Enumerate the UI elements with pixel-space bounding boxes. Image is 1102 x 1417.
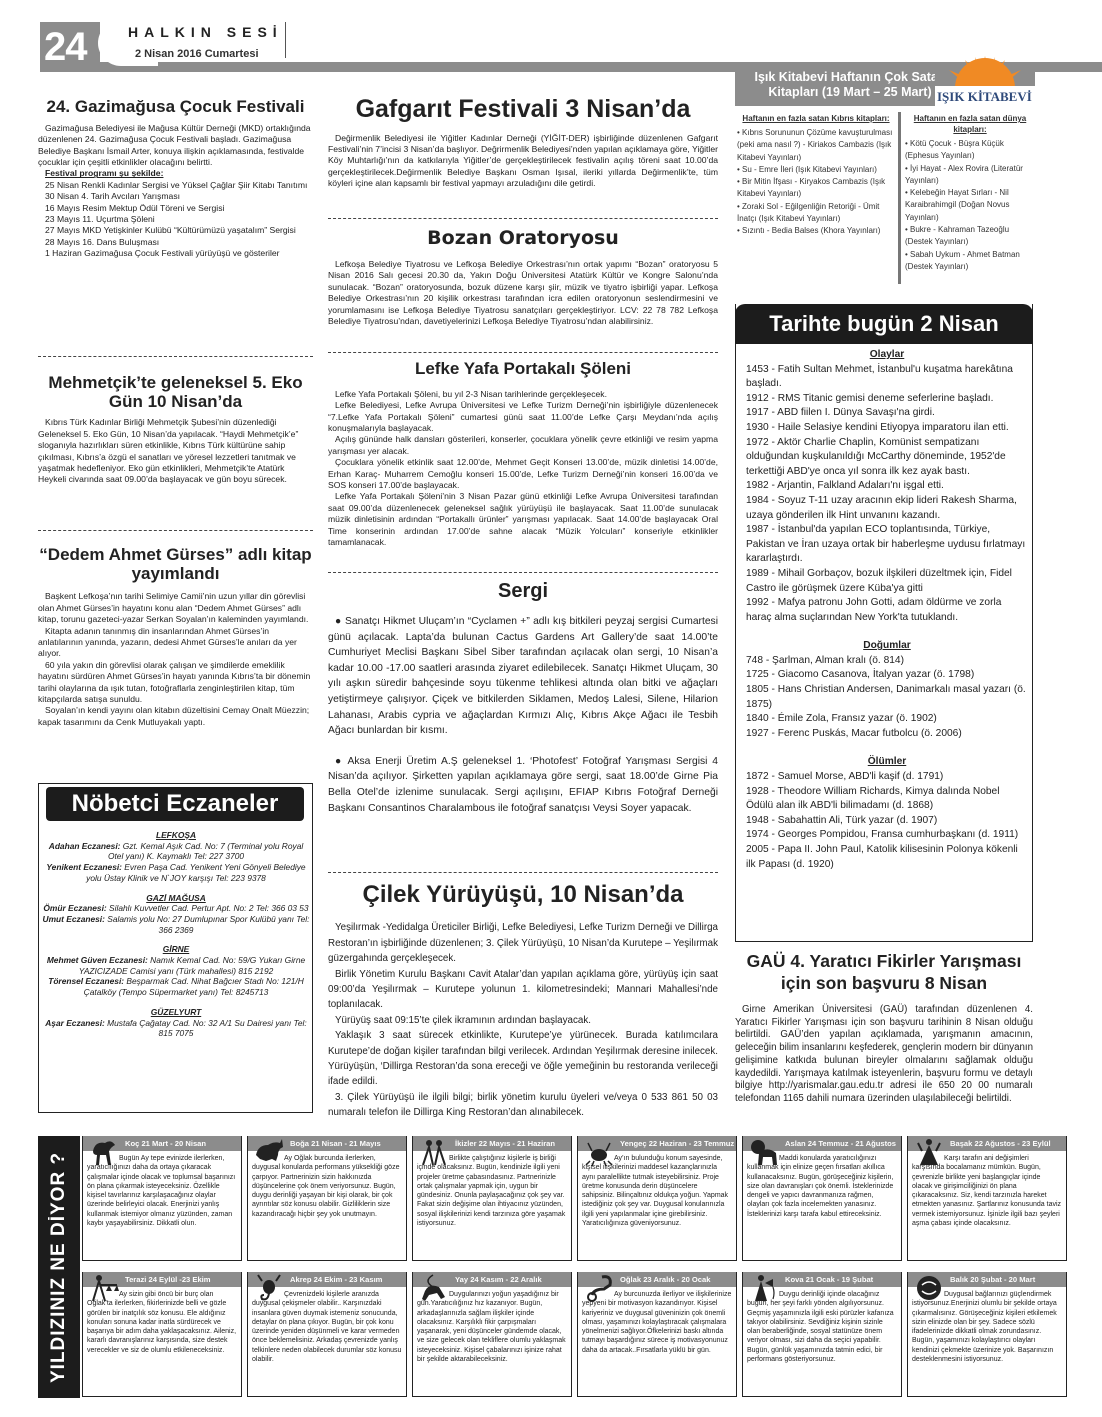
bull-icon <box>254 1137 284 1167</box>
article-paragraph: ● Aksa Enerji Üretim A.Ş geleneksel 1. ‘… <box>328 754 718 816</box>
fish-icon <box>914 1273 944 1303</box>
water-bearer-icon <box>749 1273 779 1303</box>
article-paragraph: Çocuklara yönelik etkinlik saat 12.00’de… <box>328 457 718 491</box>
death-item: 1948 - Sabahattin Ali, Türk yazar (d. 19… <box>746 814 1028 829</box>
pharmacy-city: LEFKOŞA <box>42 830 310 841</box>
book-item: • Kıbrıs Sorununun Çözüme kavuşturulması… <box>737 127 895 164</box>
pharmacy-city: GÜZELYURT <box>42 1007 310 1018</box>
article-paragraph: Lefke Belediyesi, Lefke Avrupa Üniversit… <box>328 400 718 434</box>
article-body: Lefke Yafa Portakalı Şöleni, bu yıl 2-3 … <box>328 389 718 549</box>
bestsellers-kibris: Haftanın en fazla satan Kıbrıs kitapları… <box>737 113 895 238</box>
article-body: Lefkoşa Belediye Tiyatrosu ve Lefkoşa Be… <box>328 259 718 327</box>
article-paragraph: Açılış gününde halk dansları gösterileri… <box>328 434 718 457</box>
horoscope-card-ikizler: İkizler 22 Mayıs - 21 Haziran Birlikte ç… <box>412 1136 572 1261</box>
death-item: 1872 - Samuel Morse, ABD'li kaşif (d. 17… <box>746 770 1028 785</box>
divider <box>328 572 718 573</box>
article-paragraph: Kitapta adanın tanınmış din insanlarında… <box>38 626 313 660</box>
article-title: Lefke Yafa Portakalı Şöleni <box>328 360 718 379</box>
program-item: 1 Haziran Gazimağusa Çocuk Festivali yür… <box>38 248 313 259</box>
article-intro: Gazimağusa Belediyesi ile Mağusa Kültür … <box>38 123 313 169</box>
bestsellers-dunya: Haftanın en fazla satan dünya kitapları:… <box>905 113 1035 273</box>
article-title: 24. Gazimağusa Çocuk Festivali <box>38 98 313 117</box>
section-label: Olaylar <box>746 348 1028 363</box>
scorpion-icon <box>254 1273 284 1303</box>
ram-icon <box>89 1137 119 1167</box>
article-paragraph: 60 yıla yakın din görevlisi olarak çalış… <box>38 660 313 706</box>
pharmacy-city: GİRNE <box>42 944 310 955</box>
book-item: • Sabah Uykum - Ahmet Batman (Destek Yay… <box>905 249 1035 274</box>
horoscope-section-title: YILDIZINIZ NE DİYOR ? <box>38 1136 80 1398</box>
book-item: • Bukre - Kahraman Tazeoğlu (Destek Yayı… <box>905 224 1035 249</box>
horoscope-card-boga: Boğa 21 Nisan - 21 Mayıs Ay Oğlak burcun… <box>247 1136 407 1261</box>
event-item: 1912 - RMS Titanic gemisi deneme seferle… <box>746 392 1028 407</box>
horoscope-card-kova: Kova 21 Ocak - 19 Şubat Duygu derinliği … <box>742 1272 902 1397</box>
horoscope-card-terazi: Terazi 24 Eylül -23 Ekim Ay sizin gibi ö… <box>82 1272 242 1397</box>
pharmacy-entry: Ömür Eczanesi: Silahlı Kuvvetler Cad. Pe… <box>42 903 310 914</box>
death-item: 2005 - Papa II. John Paul, Katolik kilis… <box>746 843 1028 872</box>
horoscope-card-yengec: Yengeç 22 Haziran - 23 Temmuz Ay’ın bulu… <box>577 1136 737 1261</box>
pharmacy-list: LEFKOŞA Adahan Eczanesi: Gzt. Kemal Aşık… <box>42 825 310 1039</box>
event-item: 1972 - Aktör Charlie Chaplin, Komünist s… <box>746 436 1028 480</box>
horoscope-card-yay: Yay 24 Kasım - 22 Aralık Duygularınızı y… <box>412 1272 572 1397</box>
twins-icon <box>419 1137 449 1167</box>
page-number: 24 <box>40 22 100 72</box>
article-paragraph: Yaklaşık 3 saat sürecek etkinlikte, Kuru… <box>328 1028 718 1090</box>
book-item: • Sızıntı - Bedia Balses (Khora Yayınlar… <box>737 225 895 237</box>
pharmacy-entry: Umut Eczanesi: Salamis yolu No: 27 Dumlu… <box>42 914 310 935</box>
pharmacy-title: Nöbetci Eczaneler <box>46 787 304 821</box>
article-bozan: Bozan Oratoryosu Lefkoşa Belediye Tiyatr… <box>328 228 718 327</box>
pharmacy-entry: Adahan Eczanesi: Gzt. Kemal Aşık Cad. No… <box>42 841 310 862</box>
article-paragraph: Lefke Yafa Portakalı Şöleni’nin 3 Nisan … <box>328 491 718 548</box>
bestsellers-heading: Haftanın en fazla satan Kıbrıs kitapları… <box>737 113 895 124</box>
pharmacy-entry: Aşar Eczanesi: Mustafa Çağatay Cad. No: … <box>42 1018 310 1039</box>
event-item: 1984 - Soyuz T-11 uzay aracının ekip lid… <box>746 494 1028 523</box>
paper-name: HALKIN SESİ <box>128 24 283 40</box>
issue-date: 2 Nisan 2016 Cumartesi <box>135 48 259 60</box>
goat-icon <box>584 1273 614 1303</box>
pharmacy-name: Aşar Eczanesi: <box>45 1018 105 1028</box>
article-title: Gafgarıt Festivali 3 Nisan’da <box>328 96 718 124</box>
article-sergi: Sergi ● Sanatçı Hikmet Uluçam’ın “Cyclam… <box>328 580 718 816</box>
article-body: Girne Amerikan Üniversitesi (GAÜ) tarafı… <box>735 1004 1033 1106</box>
article-body: ● Sanatçı Hikmet Uluçam’ın “Cyclamen +” … <box>328 614 718 816</box>
event-item: 1989 - Mihail Gorbaçov, bozuk ilşkileri … <box>746 567 1028 596</box>
article-eko-gun: Mehmetçik’te geleneksel 5. Eko Gün 10 Ni… <box>38 374 313 486</box>
book-item: • Kötü Çocuk - Büşra Küçük (Ephesus Yayı… <box>905 138 1035 163</box>
horoscope-card-basak: Başak 22 Ağustos - 23 Eylül Karşı tarafı… <box>907 1136 1067 1261</box>
pharmacy-detail: Silahlı Kuvvetler Cad. Pertur Apt. No: 2… <box>109 903 309 913</box>
program-label: Festival programı şu şekilde: <box>38 168 313 179</box>
article-cilek: Çilek Yürüyüşü, 10 Nisan’da Yeşilırmak -… <box>328 882 718 1121</box>
horoscope-card-oglak: Oğlak 23 Aralık - 20 Ocak Ay burcunuzda … <box>577 1272 737 1397</box>
pharmacy-name: Yenikent Eczanesi: <box>46 862 122 872</box>
pharmacy-entry: Yenikent Eczanesi: Evren Paşa Cad. Yenik… <box>42 862 310 883</box>
header-separator <box>285 22 286 58</box>
book-item: • Zoraki Sol - Eğilgenliğin Retoriği - Ü… <box>737 201 895 226</box>
article-cocuk-festivali: 24. Gazimağusa Çocuk Festivali Gazimağus… <box>38 98 313 260</box>
horoscope-card-koc: Koç 21 Mart - 20 Nisan Bugün Ay tepe evi… <box>82 1136 242 1261</box>
article-title: Bozan Oratoryosu <box>328 228 718 249</box>
book-item: • İyi Hayat - Alex Rovira (Literatür Yay… <box>905 163 1035 188</box>
article-paragraph: Yeşilırmak -Yedidalga Üreticiler Birliği… <box>328 920 718 966</box>
article-paragraph: Değirmenlik Belediyesi ile Yiğitler Kadı… <box>328 133 718 190</box>
article-paragraph: Soyalan’ın kendi yayını olan kitabın düz… <box>38 705 313 728</box>
event-item: 1982 - Arjantin, Falkland Adaları'nı işg… <box>746 479 1028 494</box>
event-item: 1992 - Mafya patronu John Gotti, adam öl… <box>746 596 1028 625</box>
birth-item: 1840 - Émile Zola, Fransız yazar (ö. 190… <box>746 712 1028 727</box>
lion-icon <box>749 1137 779 1167</box>
article-paragraph: 3. Çilek Yürüyüşü ile ilgili bilgi; birl… <box>328 1090 718 1121</box>
article-body: Değirmenlik Belediyesi ile Yiğitler Kadı… <box>328 133 718 190</box>
article-dedem-ahmet: “Dedem Ahmet Gürses” adlı kitap yayımlan… <box>38 546 313 728</box>
archer-icon <box>419 1273 449 1303</box>
article-paragraph: ● Sanatçı Hikmet Uluçam’ın “Cyclamen +” … <box>328 614 718 739</box>
death-item: 1928 - Theodore William Richards, Kimya … <box>746 785 1028 814</box>
crab-icon <box>584 1137 614 1167</box>
horoscope-card-akrep: Akrep 24 Ekim - 23 Kasım Çevrenizdeki ki… <box>247 1272 407 1397</box>
article-body: Kıbrıs Türk Kadınlar Birliği Mehmetçik Ş… <box>38 417 313 485</box>
article-body: Başkent Lefkoşa’nın tarihi Selimiye Cami… <box>38 591 313 728</box>
article-paragraph: Lefkoşa Belediye Tiyatrosu ve Lefkoşa Be… <box>328 259 718 327</box>
death-item: 1974 - Georges Pompidou, Fransa cumhurba… <box>746 828 1028 843</box>
article-paragraph: Başkent Lefkoşa’nın tarihi Selimiye Cami… <box>38 591 313 625</box>
birth-item: 1927 - Ferenc Puskás, Macar futbolcu (ö.… <box>746 727 1028 742</box>
article-paragraph: Girne Amerikan Üniversitesi (GAÜ) tarafı… <box>735 1004 1033 1106</box>
horoscope-card-aslan: Aslan 24 Temmuz - 21 Ağustos Maddi konul… <box>742 1136 902 1261</box>
birth-item: 748 - Şarlman, Alman kralı (ö. 814) <box>746 654 1028 669</box>
book-item: • Kelebeğin Hayat Sırları - Nil Karaibra… <box>905 187 1035 224</box>
book-item: • Bir Mitin İfşası - Kiryakos Cambazis (… <box>737 176 895 201</box>
pharmacy-name: Ömür Eczanesi: <box>43 903 106 913</box>
pharmacy-detail: Gzt. Kemal Aşık Cad. No: 7 (Terminal yol… <box>108 841 303 862</box>
article-paragraph: Yürüyüş saat 09:15’te çilek ikramının ar… <box>328 1013 718 1028</box>
pharmacy-name: Mehmet Güven Eczanesi: <box>47 955 148 965</box>
event-item: 1987 - İstanbul'da yapılan ECO toplantıs… <box>746 523 1028 567</box>
article-title: “Dedem Ahmet Gürses” adlı kitap yayımlan… <box>38 546 313 583</box>
article-gafgarit: Gafgarıt Festivali 3 Nisan’da Değirmenli… <box>328 96 718 190</box>
divider <box>38 530 313 531</box>
article-body: Gazimağusa Belediyesi ile Mağusa Kültür … <box>38 123 313 260</box>
section-label: Ölümler <box>746 755 1028 770</box>
pharmacy-name: Törensel Eczanesi: <box>48 976 124 986</box>
pharmacy-entry: Törensel Eczanesi: Beşparmak Cad. Nihat … <box>42 976 310 997</box>
divider <box>328 218 718 219</box>
pharmacy-name: Adahan Eczanesi: <box>49 841 121 851</box>
program-item: 27 Mayıs MKD Yetişkinler Kulübü “Kültürü… <box>38 225 313 236</box>
article-paragraph: Lefke Yafa Portakalı Şöleni, bu yıl 2-3 … <box>328 389 718 400</box>
pharmacy-entry: Mehmet Güven Eczanesi: Namık Kemal Cad. … <box>42 955 310 976</box>
program-item: 25 Nisan Renkli Kadınlar Sergisi ve Yüks… <box>38 180 313 191</box>
article-paragraph: Birlik Yönetim Kurulu Başkanı Cavit Atal… <box>328 967 718 1013</box>
article-body: Yeşilırmak -Yedidalga Üreticiler Birliği… <box>328 920 718 1120</box>
article-lefke: Lefke Yafa Portakalı Şöleni Lefke Yafa P… <box>328 360 718 548</box>
pharmacy-detail: Mustafa Çağatay Cad. No: 32 A/1 Su Daire… <box>107 1018 307 1039</box>
pharmacy-name: Umut Eczanesi: <box>43 914 105 924</box>
book-item: • Su - Emre İleri (Işık Kitabevi Yayınla… <box>737 164 895 176</box>
article-title: Mehmetçik’te geleneksel 5. Eko Gün 10 Ni… <box>38 374 313 411</box>
article-paragraph: Kıbrıs Türk Kadınlar Birliği Mehmetçik Ş… <box>38 417 313 485</box>
article-gau: GAÜ 4. Yaratıcı Fikirler Yarışması için … <box>735 950 1033 1106</box>
program-item: 23 Mayıs 11. Uçurtma Şöleni <box>38 214 313 225</box>
article-title: Çilek Yürüyüşü, 10 Nisan’da <box>328 882 718 908</box>
pharmacy-detail: Salamis yolu No: 27 Dumlupınar Spor Kulü… <box>107 914 309 935</box>
scales-icon <box>89 1273 119 1303</box>
divider <box>38 356 313 357</box>
event-item: 1453 - Fatih Sultan Mehmet, İstanbul'u k… <box>746 363 1028 392</box>
bestsellers-heading: Haftanın en fazla satan dünya kitapları: <box>905 113 1035 135</box>
program-item: 28 Mayıs 16. Dans Buluşması <box>38 237 313 248</box>
pharmacy-city: GAZİ MAĞUSA <box>42 893 310 904</box>
column-divider <box>898 112 901 284</box>
program-item: 30 Nisan 4. Tarih Avcıları Yarışması <box>38 191 313 202</box>
article-title: GAÜ 4. Yaratıcı Fikirler Yarışması için … <box>735 950 1033 994</box>
tarihte-bugun-content: Olaylar 1453 - Fatih Sultan Mehmet, İsta… <box>746 348 1028 872</box>
tarihte-bugun-title: Tarihte bugün 2 Nisan <box>735 304 1033 344</box>
horoscope-card-balik: Balık 20 Şubat - 20 Mart Duygusal bağlar… <box>907 1272 1067 1397</box>
program-item: 16 Mayıs Resim Mektup Ödül Töreni ve Ser… <box>38 203 313 214</box>
event-item: 1930 - Haile Selasiye kendini Etiyopya i… <box>746 421 1028 436</box>
birth-item: 1725 - Giacomo Casanova, İtalyan yazar (… <box>746 668 1028 683</box>
divider <box>328 352 718 353</box>
event-item: 1917 - ABD fiilen I. Dünya Savaşı'na gir… <box>746 406 1028 421</box>
article-title: Sergi <box>328 580 718 602</box>
virgin-icon <box>914 1137 944 1167</box>
divider <box>328 872 718 873</box>
section-label: Doğumlar <box>746 639 1028 654</box>
bookstore-logo: IŞIK KİTABEVİ <box>937 89 1032 105</box>
birth-item: 1805 - Hans Christian Andersen, Danimark… <box>746 683 1028 712</box>
